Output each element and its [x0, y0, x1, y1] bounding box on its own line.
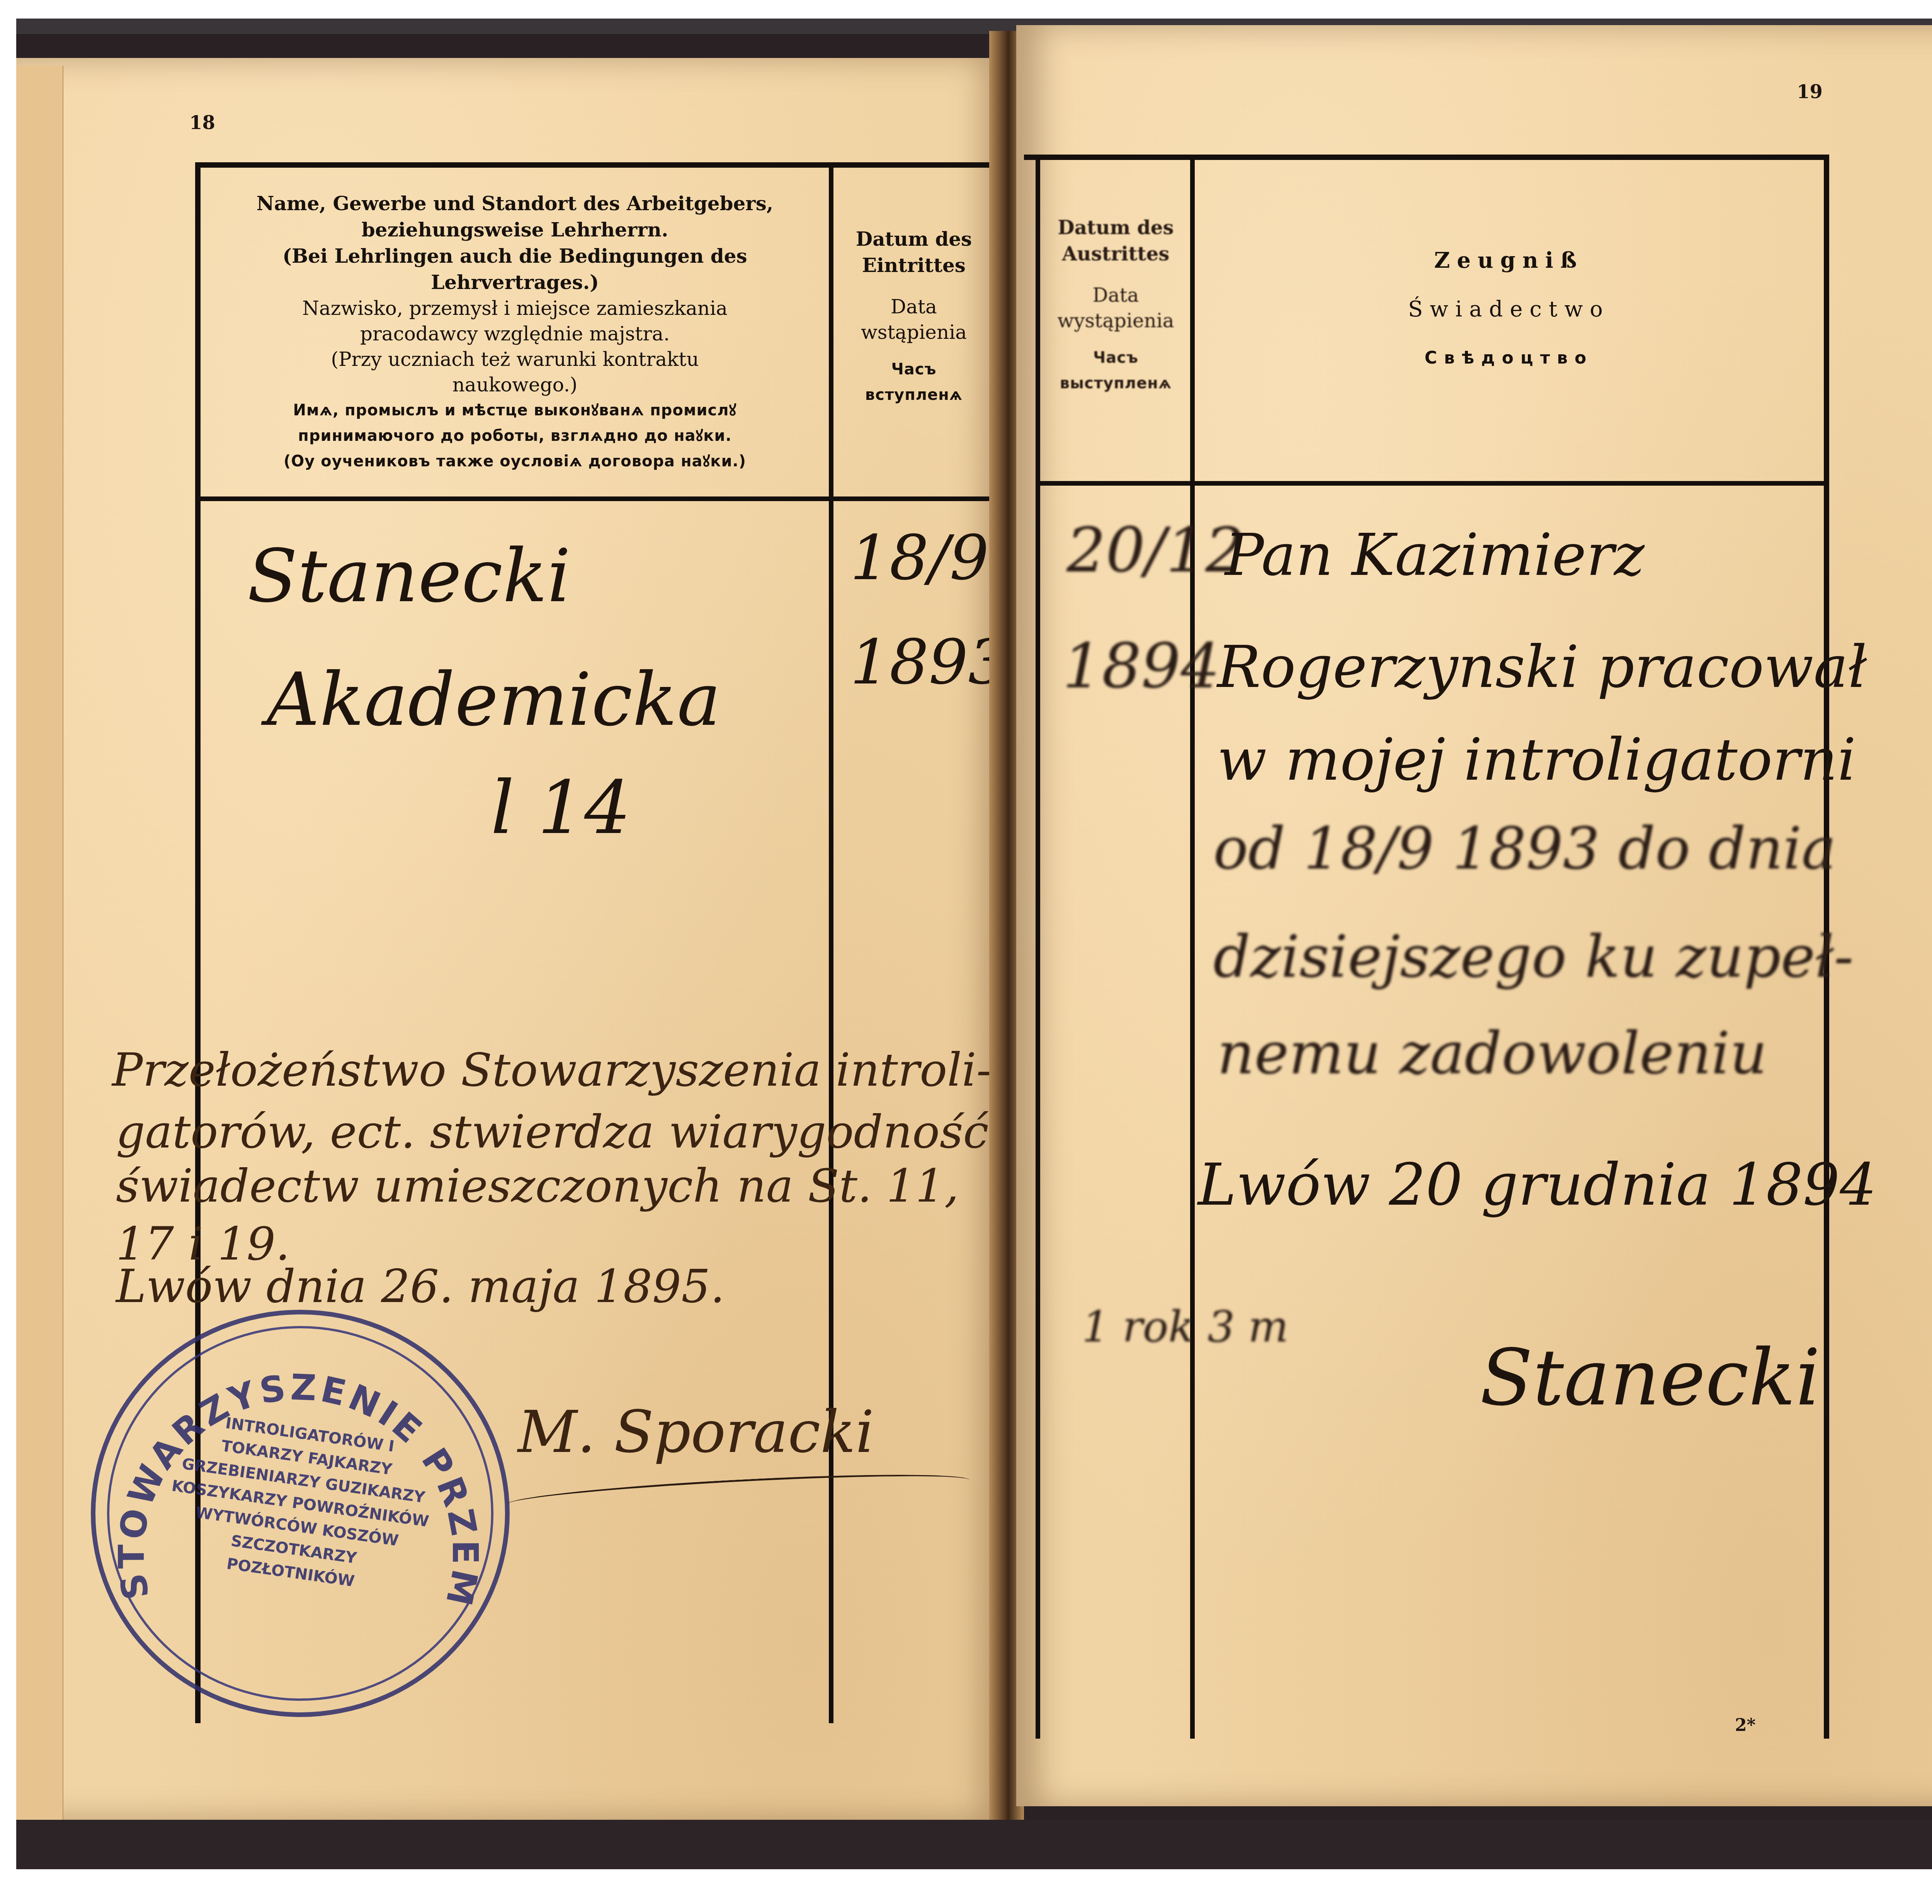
header-polish-line-1: Nazwisko, przemysł i miejsce zamieszkani… — [302, 296, 728, 321]
signature-mark: 2* — [1735, 1715, 1756, 1735]
page-number-right: 19 — [1797, 81, 1823, 103]
certificate-line-6: nemu zadowoleniu — [1217, 1020, 1767, 1087]
entry-date-day-month: 18/9 — [850, 522, 989, 594]
exit-date-polish-2: wystąpienia — [1057, 308, 1174, 333]
exit-date-german-1: Datum des — [1058, 214, 1173, 241]
certificate-line-1: Pan Kazimierz — [1225, 522, 1645, 589]
certificate-ruthenian: Свѣдоцтво — [1425, 345, 1593, 371]
employer-name-handwritten: Stanecki — [247, 533, 571, 619]
header-german-line-4: Lehrvertrages.) — [431, 269, 599, 296]
header-polish-line-2: pracodawcy względnie majstra. — [360, 321, 670, 347]
page-number-left: 18 — [189, 112, 215, 134]
duration-margin-note: 1 rok 3 m — [1082, 1302, 1289, 1351]
entry-date-german-2: Eintrittes — [862, 252, 966, 279]
attestation-line-2: gatorów, ect. stwierdza wiarygodność — [116, 1105, 989, 1158]
certificate-line-3: w mojej introligatorni — [1217, 726, 1856, 794]
exit-date-polish-1: Data — [1093, 282, 1139, 308]
entry-date-polish-1: Data — [891, 294, 937, 320]
employer-street-handwritten: Akademicka — [267, 657, 721, 742]
column-divider-right — [1190, 155, 1195, 1739]
table-top-border-right — [1024, 155, 1828, 160]
employer-number-handwritten: l 14 — [491, 765, 631, 850]
cover-bottom-edge — [16, 1820, 1932, 1869]
header-ruthenian-line-3: (Оу оучениковъ также оусловіѧ договора н… — [284, 449, 746, 474]
employer-signature: Stanecki — [1480, 1333, 1820, 1423]
exit-date-german-2: Austrittes — [1062, 241, 1170, 267]
certificate-column-header: Zeugniß Świadectwo Свѣдоцтво — [1196, 162, 1822, 479]
certificate-line-5: dzisiejszego ku zupeł- — [1213, 923, 1854, 991]
certificate-line-4: od 18/9 1893 do dnia — [1213, 815, 1836, 882]
attestation-line-3: świadectw umieszczonych na St. 11, — [116, 1159, 959, 1212]
employer-column-header: Name, Gewerbe und Standort des Arbeitgeb… — [203, 170, 827, 495]
certificate-polish: Świadectwo — [1408, 297, 1610, 322]
attestation-line-5: Lwów dnia 26. maja 1895. — [116, 1260, 725, 1313]
entry-date-ruthenian-2: вступленѧ — [865, 382, 963, 408]
exit-date-day-month: 20/12 — [1066, 514, 1245, 586]
header-divider-left — [195, 496, 1003, 501]
entry-date-german-1: Datum des — [856, 226, 972, 252]
exit-date-year: 1894 — [1063, 630, 1220, 702]
entry-date-polish-2: wstąpienia — [861, 320, 967, 345]
header-german-line-1: Name, Gewerbe und Standort des Arbeitgeb… — [257, 190, 773, 217]
exit-date-column-header: Datum des Austrittes Data wystąpienia Ча… — [1041, 162, 1190, 479]
entry-date-ruthenian-1: Часъ — [891, 357, 936, 382]
header-divider-right — [1036, 481, 1828, 486]
association-signature: M. Sporacki — [518, 1399, 874, 1466]
certificate-line-2: Rogerzynski pracował — [1217, 634, 1867, 701]
header-german-line-2: beziehungsweise Lehrherrn. — [362, 217, 668, 243]
header-polish-line-3: (Przy uczniach też warunki kontraktu — [331, 347, 699, 372]
header-german-line-3: (Bei Lehrlingen auch die Bedingungen des — [282, 243, 747, 269]
header-polish-line-4: naukowego.) — [452, 372, 578, 398]
exit-date-ruthenian-2: выступленѧ — [1060, 371, 1172, 396]
certificate-german: Zeugniß — [1434, 247, 1584, 274]
exit-date-ruthenian-1: Часъ — [1093, 345, 1138, 371]
left-page-fold — [16, 66, 63, 1820]
association-stamp: STOWARZYSZENIE PRZEMYSŁOWE INTROLIGATORÓ… — [91, 1310, 510, 1717]
certificate-place-date: Lwów 20 grudnia 1894 — [1198, 1151, 1877, 1219]
entry-date-column-header: Datum des Eintrittes Data wstąpienia Час… — [835, 170, 993, 495]
header-ruthenian-line-1: Имѧ, промыслъ и мѣстце выконꙋванѧ промис… — [293, 398, 737, 423]
table-left-border-right — [1036, 155, 1040, 1739]
attestation-line-1: Przełożeństwo Stowarzyszenia introli- — [112, 1043, 992, 1096]
table-top-border-left — [195, 162, 1003, 168]
entry-date-year: 1893 — [850, 626, 1007, 698]
header-ruthenian-line-2: принимаючого до роботы, взглѧдно до наꙋк… — [298, 423, 731, 449]
